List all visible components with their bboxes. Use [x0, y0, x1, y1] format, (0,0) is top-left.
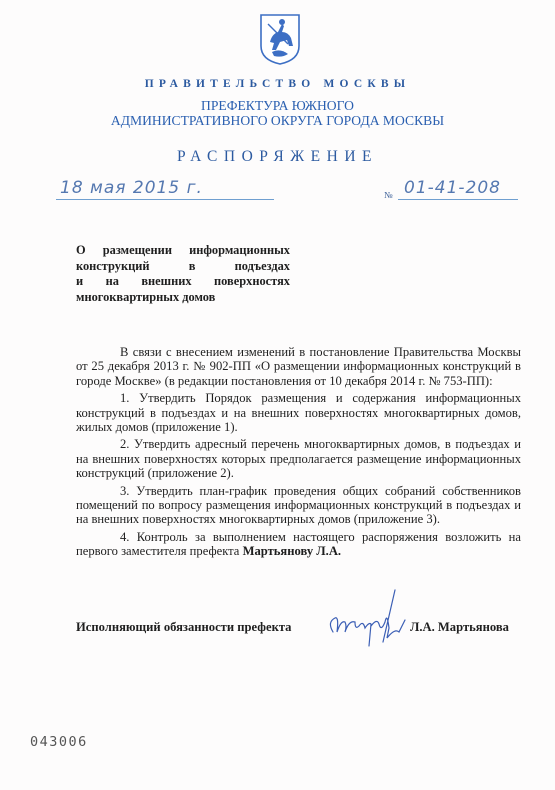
document-body: В связи с внесением изменений в постанов… [76, 345, 521, 562]
document-page: ПРАВИТЕЛЬСТВО МОСКВЫ ПРЕФЕКТУРА ЮЖНОГО А… [0, 0, 555, 790]
subject-line: конструкций в подъездах [76, 259, 290, 275]
order-item-2: 2. Утвердить адресный перечень многоквар… [76, 437, 521, 480]
handwritten-signature-icon [325, 582, 425, 652]
government-title: ПРАВИТЕЛЬСТВО МОСКВЫ [0, 78, 555, 90]
order-item-1: 1. Утвердить Порядок размещения и содерж… [76, 391, 521, 434]
moscow-coat-of-arms-icon [258, 12, 302, 66]
prefecture-line-1: ПРЕФЕКТУРА ЮЖНОГО [0, 98, 555, 113]
subject-line: многоквартирных домов [76, 290, 290, 306]
responsible-person: Мартьянову Л.А. [243, 544, 342, 558]
serial-number: 043006 [30, 734, 88, 750]
prefecture-line-2: АДМИНИСТРАТИВНОГО ОКРУГА ГОРОДА МОСКВЫ [0, 113, 555, 128]
order-item-3: 3. Утвердить план-график проведения общи… [76, 484, 521, 527]
prefecture-name: ПРЕФЕКТУРА ЮЖНОГО АДМИНИСТРАТИВНОГО ОКРУ… [0, 98, 555, 128]
subject-line: О размещении информационных [76, 243, 290, 259]
handwritten-date: 18 мая 2015 г. [60, 178, 203, 198]
handwritten-number: 01-41-208 [404, 178, 501, 198]
document-type-title: РАСПОРЯЖЕНИЕ [0, 148, 555, 166]
signatory-name: Л.А. Мартьянова [410, 620, 509, 635]
preamble-paragraph: В связи с внесением изменений в постанов… [76, 345, 521, 388]
signatory-role: Исполняющий обязанности префекта [76, 620, 291, 635]
date-field: 18 мая 2015 г. [56, 179, 274, 200]
subject-line: и на внешних поверхностях [76, 274, 290, 290]
document-subject: О размещении информационных конструкций … [76, 243, 290, 305]
number-label: № [384, 190, 393, 200]
order-item-4: 4. Контроль за выполнением настоящего ра… [76, 530, 521, 559]
number-field: 01-41-208 [398, 179, 518, 200]
